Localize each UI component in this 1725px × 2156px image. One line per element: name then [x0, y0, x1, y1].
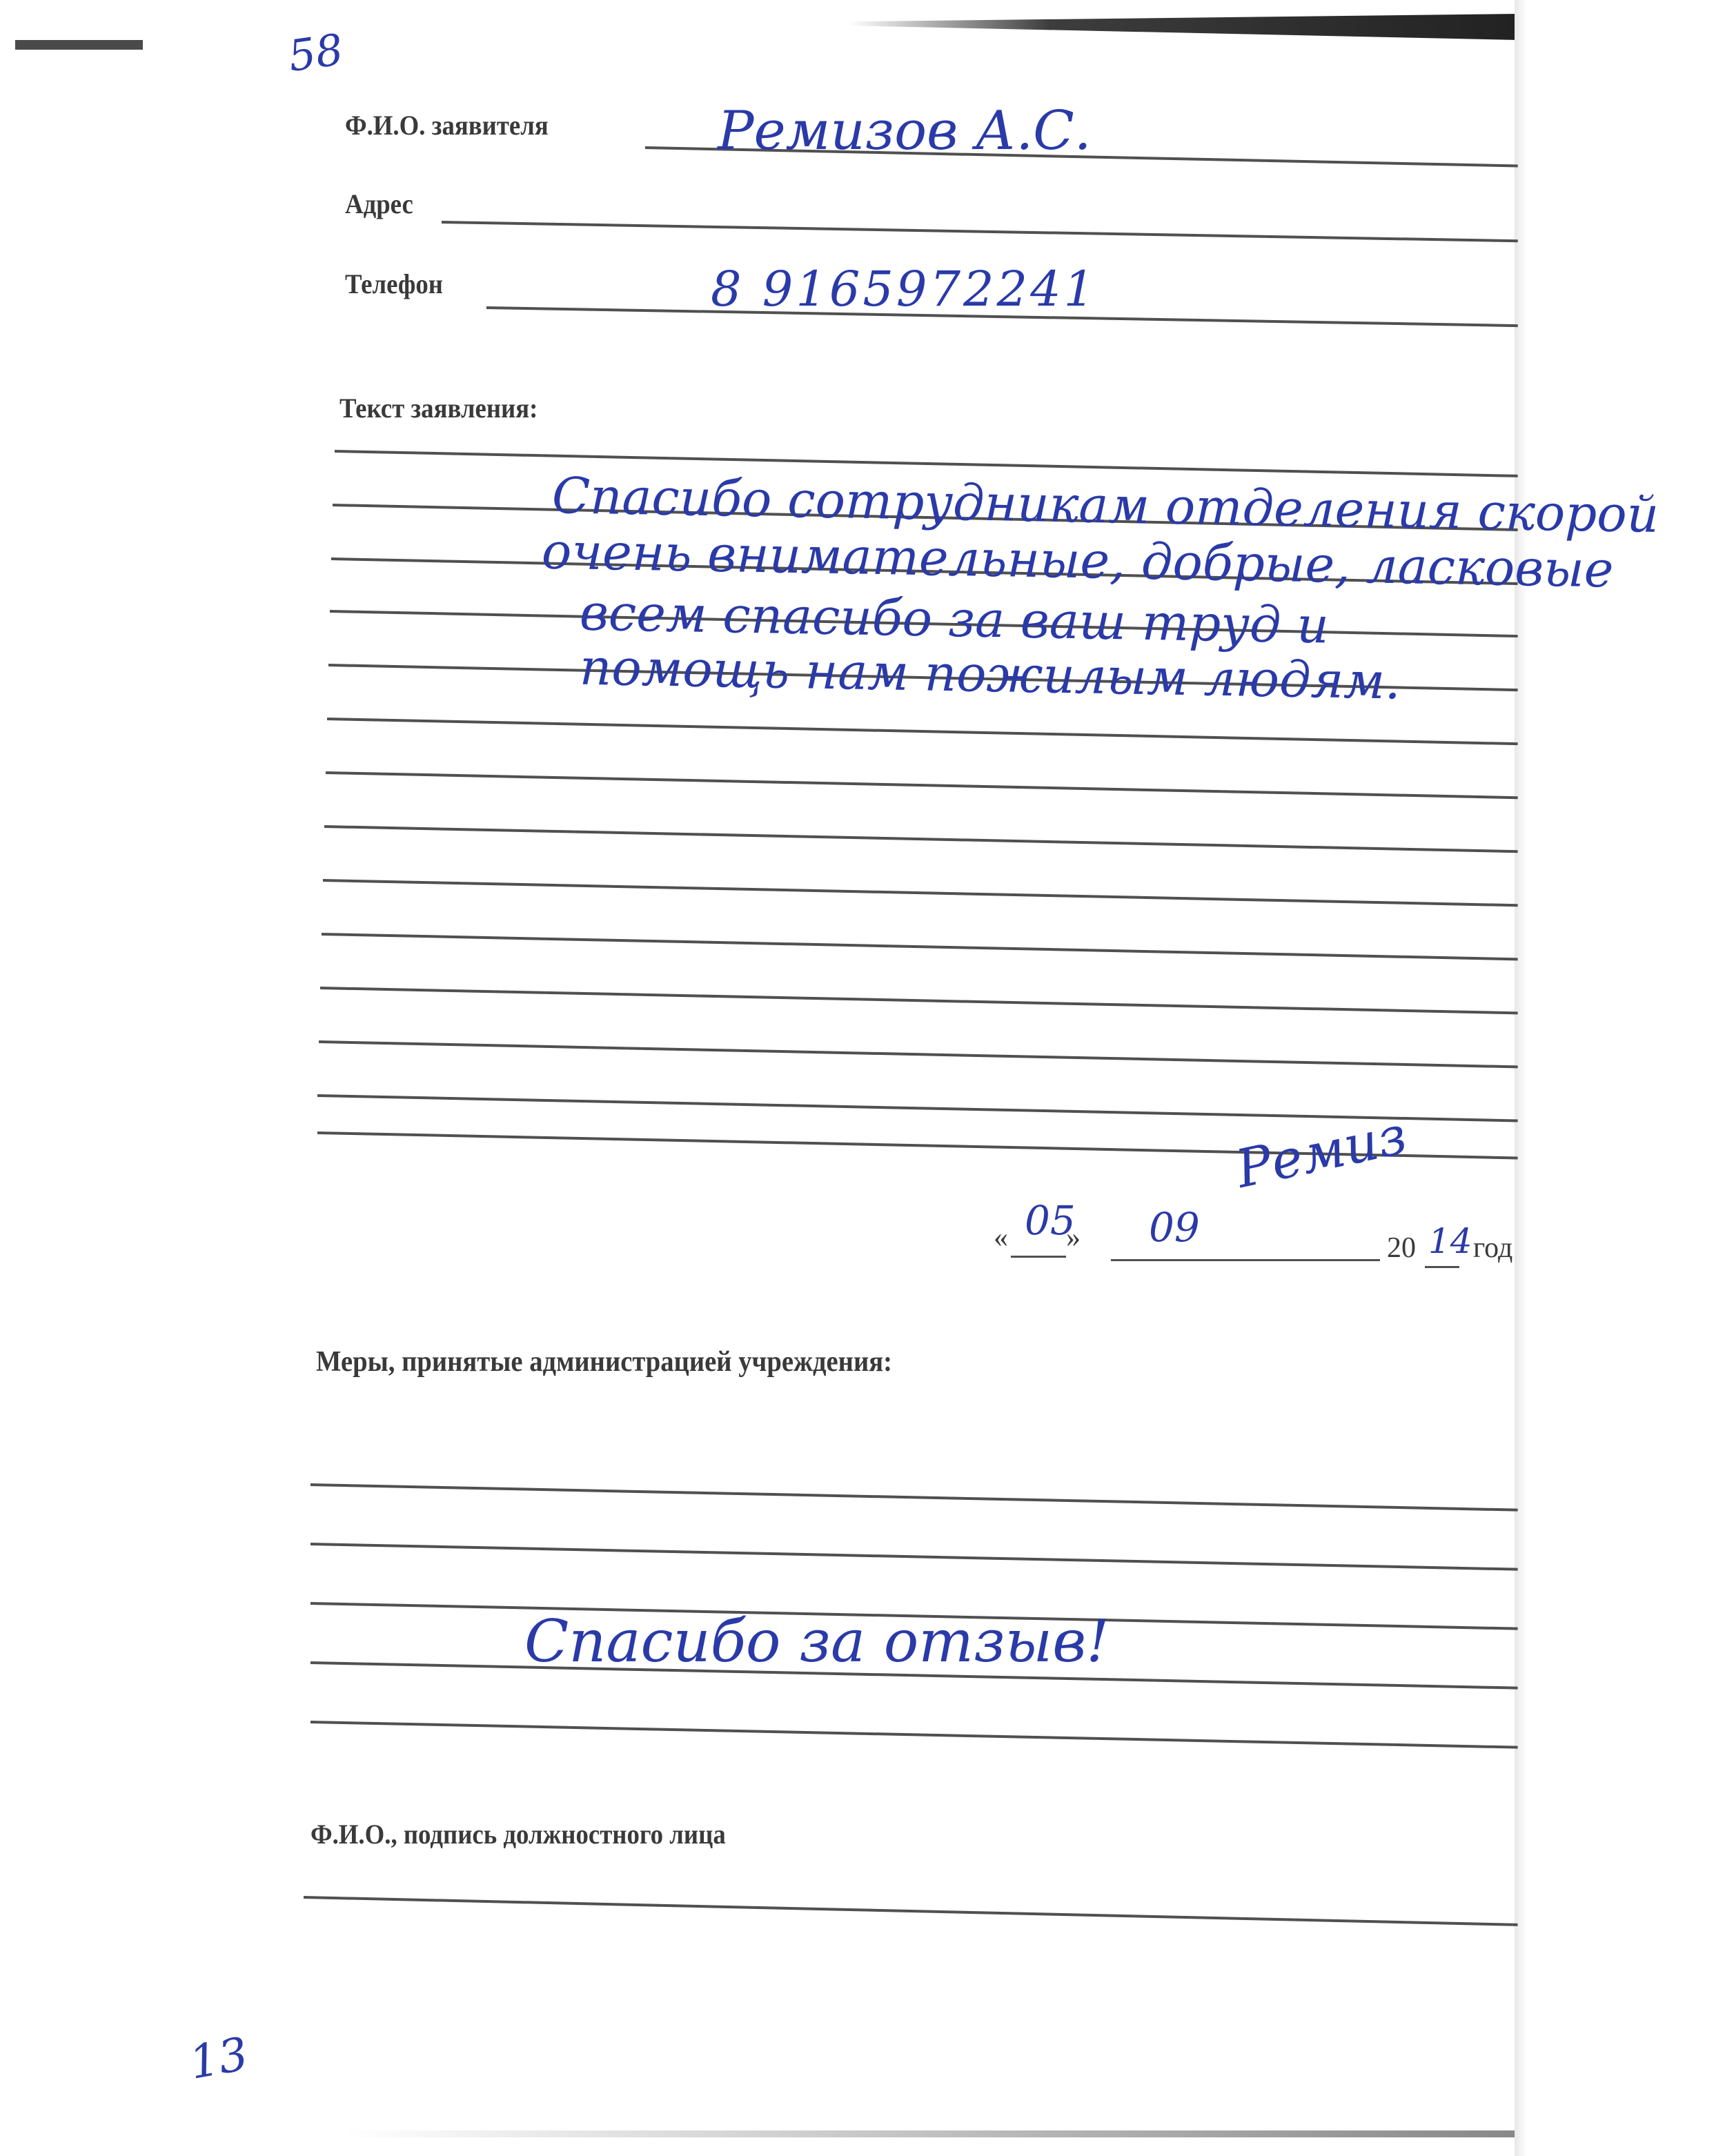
phone-value[interactable]: 8 9165972241	[711, 261, 1097, 317]
official-label: Ф.И.О., подпись должностного лица	[310, 1818, 726, 1850]
administration-rule-5	[310, 1721, 1518, 1749]
date-day-underline	[1011, 1256, 1066, 1258]
statement-rule-10	[322, 933, 1518, 960]
date-year-prefix: 20	[1387, 1232, 1416, 1265]
page-edge	[1515, 0, 1725, 2156]
administration-label: Меры, принятые администрацией учреждения…	[316, 1345, 892, 1378]
date-year-underline	[1425, 1266, 1459, 1268]
date-close-quote: »	[1066, 1221, 1081, 1254]
administration-rule-2	[310, 1543, 1518, 1571]
date-month-underline	[1111, 1259, 1380, 1261]
scan-top-shadow	[849, 14, 1518, 40]
date-open-quote: «	[994, 1221, 1008, 1254]
statement-rule-12	[319, 1040, 1518, 1068]
scan-edge-mark	[15, 40, 143, 50]
statement-rule-8	[324, 825, 1518, 853]
applicant-name-value[interactable]: Ремизов А.С.	[718, 100, 1092, 162]
address-label: Адрес	[345, 188, 413, 220]
statement-label: Текст заявления:	[339, 392, 538, 424]
margin-page-number-bottom: 13	[186, 2027, 252, 2089]
statement-rule-7	[326, 771, 1518, 799]
date-year-word: год	[1473, 1232, 1512, 1265]
administration-rule-1	[310, 1483, 1518, 1512]
applicant-name-label: Ф.И.О. заявителя	[345, 109, 549, 141]
statement-rule-11	[320, 987, 1518, 1014]
statement-rule-6	[327, 718, 1518, 745]
applicant-signature[interactable]: Ремиз	[1230, 1104, 1412, 1200]
statement-rule-9	[323, 879, 1518, 907]
date-month[interactable]: 09	[1149, 1204, 1200, 1251]
administration-response[interactable]: Спасибо за отзыв!	[524, 1608, 1110, 1675]
phone-label: Телефон	[345, 268, 443, 300]
date-year-suffix[interactable]: 14	[1428, 1221, 1472, 1261]
official-underline	[304, 1896, 1518, 1926]
address-underline	[442, 221, 1518, 242]
scan-bottom-shadow	[345, 2130, 1518, 2137]
margin-page-number-top: 58	[285, 24, 346, 81]
